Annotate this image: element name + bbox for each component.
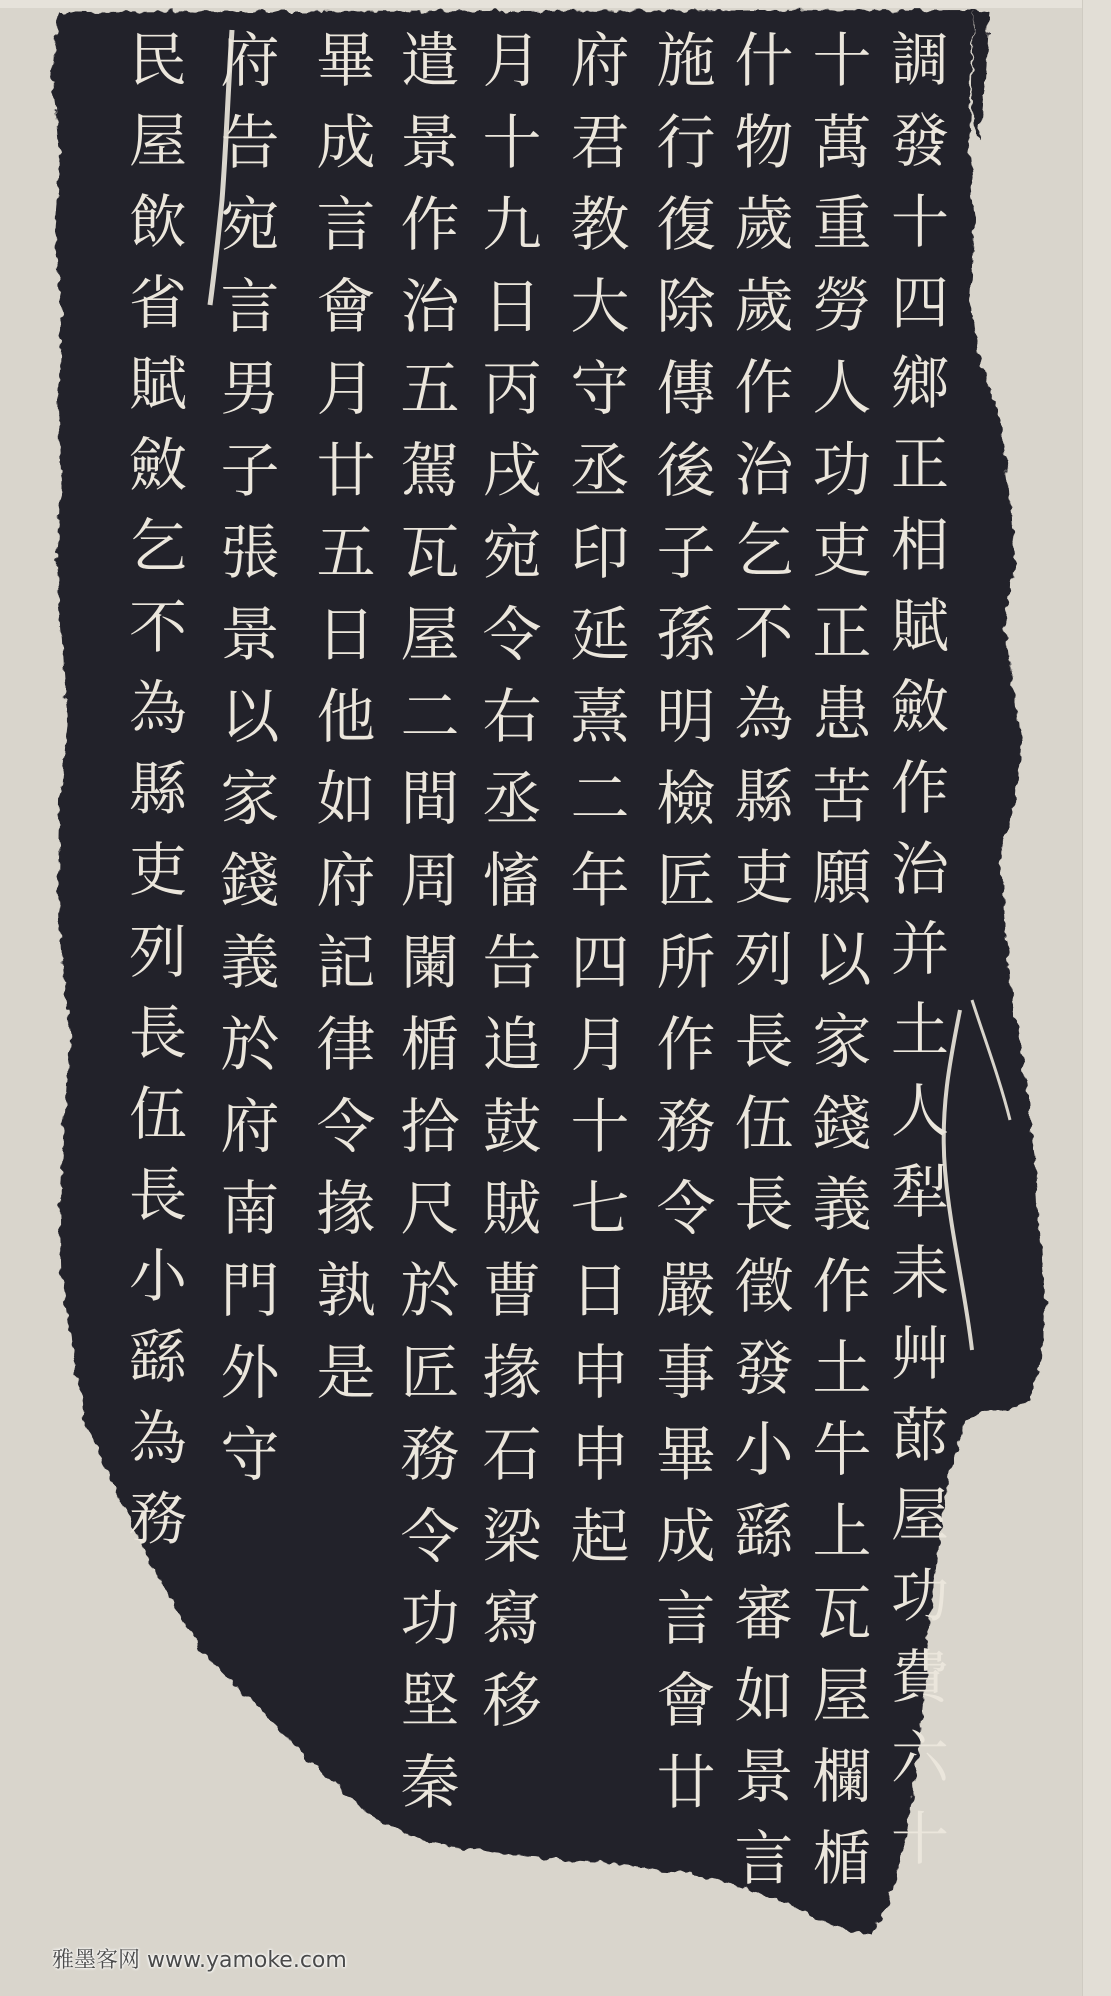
- inscription-character: 匠: [390, 1332, 470, 1414]
- inscription-column-7: 遣景作治五駕瓦屋二間周闌楯拾尺於匠務令功堅秦: [390, 20, 470, 1824]
- inscription-character: 月: [560, 1004, 640, 1086]
- inscription-character: 縣: [724, 756, 804, 838]
- inscription-character: 艸: [880, 1314, 960, 1395]
- inscription-character: 景: [724, 1736, 804, 1818]
- inscription-character: 遣: [390, 20, 470, 102]
- inscription-character: 屋: [390, 594, 470, 676]
- inscription-character: 賊: [472, 1168, 552, 1250]
- inscription-character: 梁: [472, 1496, 552, 1578]
- inscription-character: 宛: [210, 184, 290, 266]
- inscription-character: 景: [390, 102, 470, 184]
- inscription-character: 施: [646, 20, 726, 102]
- inscription-character: 作: [802, 1246, 882, 1328]
- inscription-character: 大: [560, 266, 640, 348]
- inscription-character: 不: [118, 587, 198, 668]
- inscription-character: 熹: [560, 676, 640, 758]
- inscription-character: 言: [210, 266, 290, 348]
- inscription-character: 守: [560, 348, 640, 430]
- inscription-character: 教: [560, 184, 640, 266]
- inscription-character: 務: [646, 1086, 726, 1168]
- inscription-character: 言: [646, 1578, 726, 1660]
- inscription-character: 慉: [472, 840, 552, 922]
- inscription-character: 府: [560, 20, 640, 102]
- inscription-character: 功: [880, 1556, 960, 1637]
- inscription-character: 男: [210, 348, 290, 430]
- inscription-character: 四: [560, 922, 640, 1004]
- inscription-character: 年: [560, 840, 640, 922]
- inscription-character: 長: [118, 1155, 198, 1236]
- inscription-character: 民: [118, 20, 198, 101]
- inscription-column-6: 月十九日丙戌宛令右丞慉告追鼓賊曹掾石梁寫移: [472, 20, 552, 1742]
- inscription-character: 府: [306, 840, 386, 922]
- inscription-character: 十: [472, 102, 552, 184]
- inscription-character: 所: [646, 922, 726, 1004]
- inscription-character: 楯: [390, 1004, 470, 1086]
- inscription-character: 斂: [118, 425, 198, 506]
- inscription-character: 治: [724, 429, 804, 511]
- inscription-character: 月: [472, 20, 552, 102]
- inscription-character: 成: [646, 1496, 726, 1578]
- inscription-character: 列: [118, 912, 198, 993]
- inscription-character: 蓈: [880, 1395, 960, 1476]
- inscription-character: 土: [880, 990, 960, 1071]
- inscription-character: 鄉: [880, 343, 960, 424]
- inscription-character: 鼓: [472, 1086, 552, 1168]
- inscription-character: 六: [880, 1718, 960, 1799]
- watermark-text: 雅墨客网 www.yamoke.com: [52, 1943, 347, 1974]
- inscription-character: 匠: [646, 840, 726, 922]
- inscription-character: 以: [802, 919, 882, 1001]
- inscription-column-8: 畢成言會月廿五日他如府記律令掾孰是: [306, 20, 386, 1414]
- inscription-character: 長: [118, 993, 198, 1074]
- inscription-column-10: 民屋飲省賦斂乞不為縣吏列長伍長小繇為務: [118, 20, 198, 1560]
- inscription-character: 義: [802, 1164, 882, 1246]
- inscription-character: 作: [646, 1004, 726, 1086]
- inscription-character: 列: [724, 919, 804, 1001]
- inscription-character: 傳: [646, 348, 726, 430]
- inscription-character: 令: [306, 1086, 386, 1168]
- inscription-character: 周: [390, 840, 470, 922]
- inscription-character: 會: [646, 1660, 726, 1742]
- inscription-character: 錢: [210, 840, 290, 922]
- inscription-character: 秦: [390, 1742, 470, 1824]
- inscription-character: 不: [724, 592, 804, 674]
- inscription-character: 孫: [646, 594, 726, 676]
- inscription-character: 苦: [802, 756, 882, 838]
- inscription-character: 令: [472, 594, 552, 676]
- inscription-character: 拾: [390, 1086, 470, 1168]
- inscription-character: 屋: [118, 101, 198, 182]
- inscription-character: 戌: [472, 430, 552, 512]
- inscription-character: 孰: [306, 1250, 386, 1332]
- inscription-character: 事: [646, 1332, 726, 1414]
- inscription-character: 土: [802, 1328, 882, 1410]
- inscription-character: 印: [560, 512, 640, 594]
- inscription-character: 調: [880, 20, 960, 101]
- inscription-character: 右: [472, 676, 552, 758]
- inscription-character: 什: [724, 20, 804, 102]
- inscription-column-3: 什物歲歲作治乞不為縣吏列長伍長徵發小繇審如景言: [724, 20, 804, 1900]
- inscription-character: 歲: [724, 265, 804, 347]
- inscription-character: 并: [880, 909, 960, 990]
- inscription-character: 飲: [118, 182, 198, 263]
- inscription-character: 作: [880, 748, 960, 829]
- inscription-character: 義: [210, 922, 290, 1004]
- inscription-character: 屋: [802, 1655, 882, 1737]
- inscription-character: 五: [306, 512, 386, 594]
- inscription-character: 縣: [118, 749, 198, 830]
- inscription-character: 丙: [472, 348, 552, 430]
- inscription-character: 於: [390, 1250, 470, 1332]
- inscription-character: 十: [880, 1799, 960, 1880]
- inscription-character: 為: [118, 668, 198, 749]
- inscription-character: 畢: [646, 1414, 726, 1496]
- inscription-character: 瓦: [390, 512, 470, 594]
- inscription-character: 十: [802, 20, 882, 102]
- inscription-character: 乞: [118, 506, 198, 587]
- inscription-character: 闌: [390, 922, 470, 1004]
- inscription-character: 明: [646, 676, 726, 758]
- inscription-column-2: 十萬重勞人功吏正患苦願以家錢義作土牛上瓦屋欄楯: [802, 20, 882, 1900]
- inscription-character: 以: [210, 676, 290, 758]
- inscription-character: 小: [118, 1236, 198, 1317]
- inscription-character: 言: [724, 1818, 804, 1900]
- inscription-character: 家: [210, 758, 290, 840]
- inscription-character: 為: [118, 1398, 198, 1479]
- inscription-character: 門: [210, 1250, 290, 1332]
- inscription-character: 犁: [880, 1152, 960, 1233]
- inscription-character: 人: [880, 1071, 960, 1152]
- inscription-character: 斂: [880, 667, 960, 748]
- inscription-character: 歲: [724, 183, 804, 265]
- inscription-character: 正: [880, 424, 960, 505]
- inscription-character: 願: [802, 837, 882, 919]
- inscription-character: 吏: [724, 837, 804, 919]
- inscription-character: 他: [306, 676, 386, 758]
- inscription-character: 告: [472, 922, 552, 1004]
- inscription-character: 府: [210, 1086, 290, 1168]
- inscription-character: 相: [880, 505, 960, 586]
- inscription-character: 後: [646, 430, 726, 512]
- inscription-character: 發: [724, 1328, 804, 1410]
- inscription-character: 長: [724, 1164, 804, 1246]
- inscription-character: 景: [210, 594, 290, 676]
- inscription-character: 告: [210, 102, 290, 184]
- inscription-character: 間: [390, 758, 470, 840]
- inscription-character: 記: [306, 922, 386, 1004]
- inscription-character: 令: [390, 1496, 470, 1578]
- inscription-character: 上: [802, 1491, 882, 1573]
- inscription-character: 為: [724, 674, 804, 756]
- inscription-character: 人: [802, 347, 882, 429]
- inscription-character: 十: [560, 1086, 640, 1168]
- inscription-character: 尺: [390, 1168, 470, 1250]
- inscription-character: 令: [646, 1168, 726, 1250]
- inscription-character: 石: [472, 1414, 552, 1496]
- inscription-character: 吏: [118, 830, 198, 911]
- inscription-character: 日: [472, 266, 552, 348]
- inscription-character: 駕: [390, 430, 470, 512]
- inscription-character: 楯: [802, 1818, 882, 1900]
- inscription-character: 丞: [560, 430, 640, 512]
- inscription-character: 屋: [880, 1475, 960, 1556]
- inscription-character: 除: [646, 266, 726, 348]
- inscription-column-5: 府君教大守丞印延熹二年四月十七日申申起: [560, 20, 640, 1578]
- inscription-character: 務: [118, 1479, 198, 1560]
- inscription-character: 起: [560, 1496, 640, 1578]
- inscription-character: 宛: [472, 512, 552, 594]
- inscription-character: 嚴: [646, 1250, 726, 1332]
- inscription-character: 子: [210, 430, 290, 512]
- inscription-character: 耒: [880, 1233, 960, 1314]
- inscription-character: 畢: [306, 20, 386, 102]
- inscription-character: 曹: [472, 1250, 552, 1332]
- inscription-character: 申: [560, 1332, 640, 1414]
- inscription-column-9: 府告宛言男子張景以家錢義於府南門外守: [210, 20, 290, 1496]
- inscription-character: 患: [802, 674, 882, 756]
- inscription-character: 小: [724, 1409, 804, 1491]
- inscription-character: 繇: [118, 1317, 198, 1398]
- inscription-character: 費: [880, 1637, 960, 1718]
- inscription-character: 掾: [472, 1332, 552, 1414]
- inscription-character: 二: [390, 676, 470, 758]
- inscription-character: 府: [210, 20, 290, 102]
- inscription-character: 功: [390, 1578, 470, 1660]
- inscription-character: 審: [724, 1573, 804, 1655]
- inscription-character: 勞: [802, 265, 882, 347]
- inscription-character: 月: [306, 348, 386, 430]
- inscription-character: 賦: [880, 586, 960, 667]
- inscription-character: 十: [880, 182, 960, 263]
- inscription-character: 寫: [472, 1578, 552, 1660]
- inscription-character: 張: [210, 512, 290, 594]
- inscription-character: 徵: [724, 1246, 804, 1328]
- inscription-character: 掾: [306, 1168, 386, 1250]
- inscription-character: 日: [306, 594, 386, 676]
- inscription-character: 瓦: [802, 1573, 882, 1655]
- inscription-character: 發: [880, 101, 960, 182]
- inscription-character: 廿: [306, 430, 386, 512]
- inscription-character: 如: [306, 758, 386, 840]
- inscription-character: 申: [560, 1414, 640, 1496]
- inscription-character: 賦: [118, 344, 198, 425]
- inscription-character: 家: [802, 1001, 882, 1083]
- inscription-character: 五: [390, 348, 470, 430]
- inscription-character: 治: [880, 829, 960, 910]
- inscription-character: 丞: [472, 758, 552, 840]
- inscription-character: 七: [560, 1168, 640, 1250]
- inscription-character: 於: [210, 1004, 290, 1086]
- inscription-character: 廿: [646, 1742, 726, 1824]
- inscription-character: 物: [724, 102, 804, 184]
- inscription-character: 君: [560, 102, 640, 184]
- inscription-character: 吏: [802, 510, 882, 592]
- inscription-character: 日: [560, 1250, 640, 1332]
- inscription-character: 言: [306, 184, 386, 266]
- inscription-character: 治: [390, 266, 470, 348]
- inscription-character: 四: [880, 263, 960, 344]
- inscription-character: 萬: [802, 102, 882, 184]
- inscription-character: 錢: [802, 1083, 882, 1165]
- inscription-character: 守: [210, 1414, 290, 1496]
- inscription-character: 省: [118, 263, 198, 344]
- inscription-character: 伍: [724, 1083, 804, 1165]
- inscription-column-1: 調發十四鄉正相賦斂作治并土人犁耒艸蓈屋功費六十: [880, 20, 960, 1880]
- inscription-character: 作: [724, 347, 804, 429]
- inscription-character: 會: [306, 266, 386, 348]
- inscription-character: 重: [802, 183, 882, 265]
- inscription-character: 牛: [802, 1409, 882, 1491]
- inscription-character: 堅: [390, 1660, 470, 1742]
- inscription-character: 正: [802, 592, 882, 674]
- inscription-character: 外: [210, 1332, 290, 1414]
- inscription-character: 作: [390, 184, 470, 266]
- inscription-character: 行: [646, 102, 726, 184]
- inscription-character: 二: [560, 758, 640, 840]
- inscription-character: 如: [724, 1655, 804, 1737]
- inscription-character: 長: [724, 1001, 804, 1083]
- inscription-character: 復: [646, 184, 726, 266]
- inscription-character: 務: [390, 1414, 470, 1496]
- inscription-character: 功: [802, 429, 882, 511]
- inscription-character: 繇: [724, 1491, 804, 1573]
- inscription-character: 欄: [802, 1736, 882, 1818]
- inscription-character: 律: [306, 1004, 386, 1086]
- inscription-character: 移: [472, 1660, 552, 1742]
- inscription-column-4: 施行復除傳後子孫明檢匠所作務令嚴事畢成言會廿: [646, 20, 726, 1824]
- inscription-character: 乞: [724, 510, 804, 592]
- inscription-character: 伍: [118, 1074, 198, 1155]
- inscription-character: 延: [560, 594, 640, 676]
- inscription-character: 追: [472, 1004, 552, 1086]
- inscription-character: 是: [306, 1332, 386, 1414]
- inscription-character: 九: [472, 184, 552, 266]
- inscription-character: 成: [306, 102, 386, 184]
- inscription-character: 檢: [646, 758, 726, 840]
- inscription-character: 子: [646, 512, 726, 594]
- inscription-character: 南: [210, 1168, 290, 1250]
